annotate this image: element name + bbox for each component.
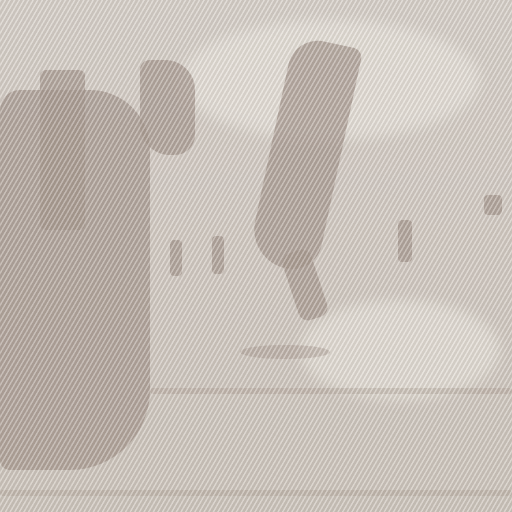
post: [398, 220, 412, 262]
post: [484, 195, 502, 215]
figure-shadow: [140, 60, 195, 155]
post: [170, 240, 182, 276]
dark-tower: [40, 70, 85, 230]
light-patch: [300, 300, 500, 400]
ground-streak: [150, 388, 512, 394]
ground-streak: [0, 490, 512, 496]
figure-shadow: [280, 247, 330, 323]
photo-scene: [0, 0, 512, 512]
post: [212, 236, 224, 274]
ground-streak: [240, 345, 330, 359]
